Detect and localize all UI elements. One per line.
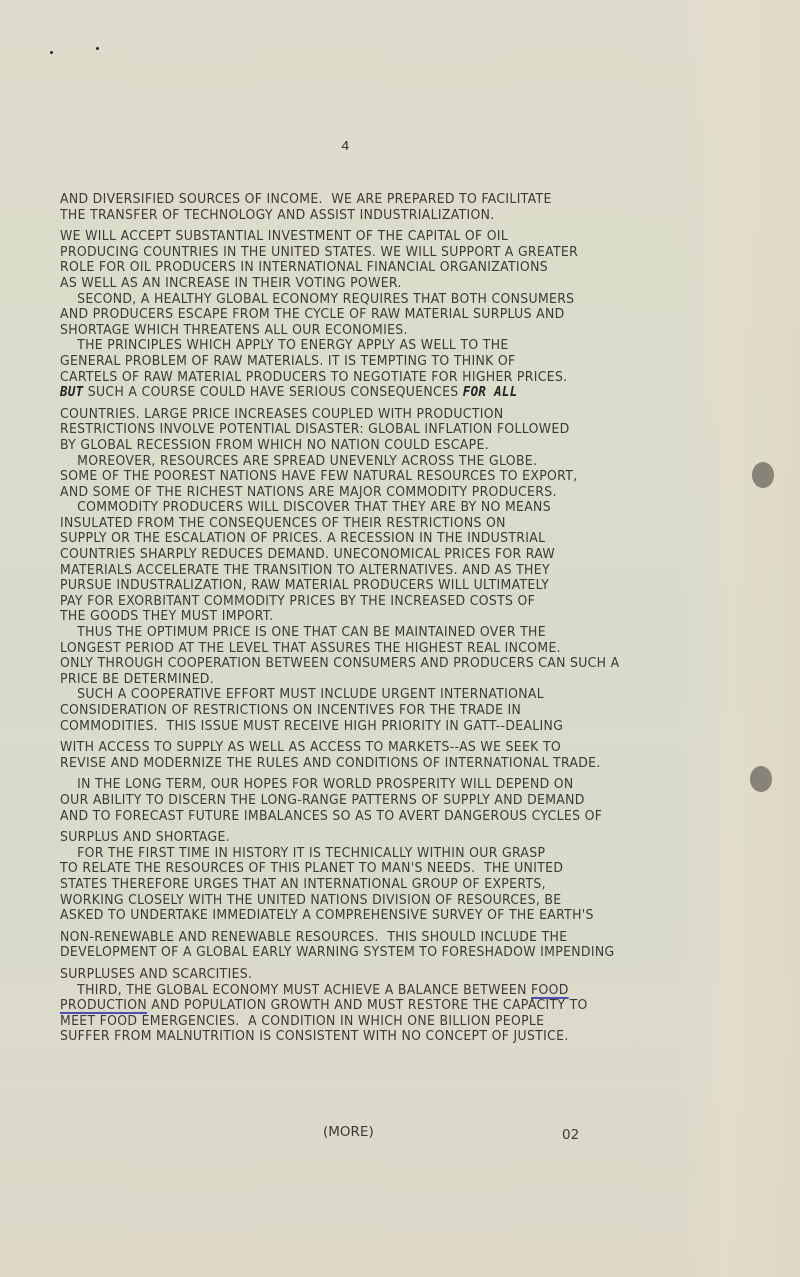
text-line: BY GLOBAL RECESSION FROM WHICH NO NATION… — [60, 438, 711, 454]
page-code: 02 — [562, 1127, 579, 1143]
text-line: COMMODITY PRODUCERS WILL DISCOVER THAT T… — [60, 500, 711, 516]
text-line: OUR ABILITY TO DISCERN THE LONG-RANGE PA… — [60, 793, 711, 809]
text-line: CONSIDERATION OF RESTRICTIONS ON INCENTI… — [60, 703, 711, 719]
handwritten-insertion: FOR ALL — [463, 385, 518, 400]
text-line: SURPLUSES AND SCARCITIES. — [60, 967, 711, 983]
punch-hole-icon — [752, 462, 774, 488]
text-line: WORKING CLOSELY WITH THE UNITED NATIONS … — [60, 893, 711, 909]
text-line: STATES THEREFORE URGES THAT AN INTERNATI… — [60, 877, 711, 893]
text-line: SECOND, A HEALTHY GLOBAL ECONOMY REQUIRE… — [60, 292, 711, 308]
text-line: RESTRICTIONS INVOLVE POTENTIAL DISASTER:… — [60, 422, 711, 438]
text-line: FOR THE FIRST TIME IN HISTORY IT IS TECH… — [60, 846, 711, 862]
handwritten-insertion: BUT — [60, 385, 83, 400]
text-line: PRODUCING COUNTRIES IN THE UNITED STATES… — [60, 245, 711, 261]
text-line: THE GOODS THEY MUST IMPORT. — [60, 609, 711, 625]
text-line: PRICE BE DETERMINED. — [60, 672, 711, 688]
pen-underlined-text: FOOD — [531, 983, 569, 998]
typed-text: AND POPULATION GROWTH AND MUST RESTORE T… — [147, 998, 588, 1013]
text-line: SUCH A COOPERATIVE EFFORT MUST INCLUDE U… — [60, 687, 711, 703]
text-line: WE WILL ACCEPT SUBSTANTIAL INVESTMENT OF… — [60, 229, 711, 245]
paper-speck — [96, 47, 99, 50]
typed-text: SUCH A COURSE COULD HAVE SERIOUS CONSEQU… — [83, 385, 462, 400]
text-line: SUFFER FROM MALNUTRITION IS CONSISTENT W… — [60, 1029, 711, 1045]
text-line: CARTELS OF RAW MATERIAL PRODUCERS TO NEG… — [60, 370, 711, 386]
text-line: COMMODITIES. THIS ISSUE MUST RECEIVE HIG… — [60, 719, 711, 735]
text-line: ROLE FOR OIL PRODUCERS IN INTERNATIONAL … — [60, 260, 711, 276]
page-number: 4 — [341, 139, 349, 155]
text-line: DEVELOPMENT OF A GLOBAL EARLY WARNING SY… — [60, 945, 711, 961]
pen-underlined-text: PRODUCTION — [60, 998, 147, 1013]
text-line: AND SOME OF THE RICHEST NATIONS ARE MAJO… — [60, 485, 711, 501]
text-line: IN THE LONG TERM, OUR HOPES FOR WORLD PR… — [60, 777, 711, 793]
text-line: THE PRINCIPLES WHICH APPLY TO ENERGY APP… — [60, 338, 711, 354]
text-line: TO RELATE THE RESOURCES OF THIS PLANET T… — [60, 861, 711, 877]
text-line: NON-RENEWABLE AND RENEWABLE RESOURCES. T… — [60, 930, 711, 946]
text-line: MATERIALS ACCELERATE THE TRANSITION TO A… — [60, 563, 711, 579]
text-line: SHORTAGE WHICH THREATENS ALL OUR ECONOMI… — [60, 323, 711, 339]
text-line: ONLY THROUGH COOPERATION BETWEEN CONSUME… — [60, 656, 711, 672]
text-line: GENERAL PROBLEM OF RAW MATERIALS. IT IS … — [60, 354, 711, 370]
document-body: AND DIVERSIFIED SOURCES OF INCOME. WE AR… — [60, 192, 711, 1045]
text-line: PAY FOR EXORBITANT COMMODITY PRICES BY T… — [60, 594, 711, 610]
text-line-handwritten-edit: BUT SUCH A COURSE COULD HAVE SERIOUS CON… — [60, 385, 711, 401]
continuation-marker: (MORE) — [323, 1124, 374, 1140]
text-line: SUPPLY OR THE ESCALATION OF PRICES. A RE… — [60, 531, 711, 547]
text-line: SURPLUS AND SHORTAGE. — [60, 830, 711, 846]
document-page: 4 AND DIVERSIFIED SOURCES OF INCOME. WE … — [0, 0, 800, 1277]
text-line-with-underline: PRODUCTION AND POPULATION GROWTH AND MUS… — [60, 998, 711, 1014]
typed-text: THIRD, THE GLOBAL ECONOMY MUST ACHIEVE A… — [60, 983, 531, 998]
text-line: AND DIVERSIFIED SOURCES OF INCOME. WE AR… — [60, 192, 711, 208]
text-line: PURSUE INDUSTRALIZATION, RAW MATERIAL PR… — [60, 578, 711, 594]
text-line: MEET FOOD EMERGENCIES. A CONDITION IN WH… — [60, 1014, 711, 1030]
text-line: MOREOVER, RESOURCES ARE SPREAD UNEVENLY … — [60, 454, 711, 470]
text-line: THUS THE OPTIMUM PRICE IS ONE THAT CAN B… — [60, 625, 711, 641]
text-line: AND PRODUCERS ESCAPE FROM THE CYCLE OF R… — [60, 307, 711, 323]
text-line-with-underline: THIRD, THE GLOBAL ECONOMY MUST ACHIEVE A… — [60, 983, 711, 999]
text-line: WITH ACCESS TO SUPPLY AS WELL AS ACCESS … — [60, 740, 711, 756]
text-line: COUNTRIES SHARPLY REDUCES DEMAND. UNECON… — [60, 547, 711, 563]
text-line: SOME OF THE POOREST NATIONS HAVE FEW NAT… — [60, 469, 711, 485]
text-line: ASKED TO UNDERTAKE IMMEDIATELY A COMPREH… — [60, 908, 711, 924]
text-line: LONGEST PERIOD AT THE LEVEL THAT ASSURES… — [60, 641, 711, 657]
text-line: INSULATED FROM THE CONSEQUENCES OF THEIR… — [60, 516, 711, 532]
punch-hole-icon — [750, 766, 772, 792]
text-line: COUNTRIES. LARGE PRICE INCREASES COUPLED… — [60, 407, 711, 423]
text-line: AS WELL AS AN INCREASE IN THEIR VOTING P… — [60, 276, 711, 292]
text-line: AND TO FORECAST FUTURE IMBALANCES SO AS … — [60, 809, 711, 825]
paper-speck — [50, 51, 53, 54]
text-line: REVISE AND MODERNIZE THE RULES AND CONDI… — [60, 756, 711, 772]
text-line: THE TRANSFER OF TECHNOLOGY AND ASSIST IN… — [60, 208, 711, 224]
